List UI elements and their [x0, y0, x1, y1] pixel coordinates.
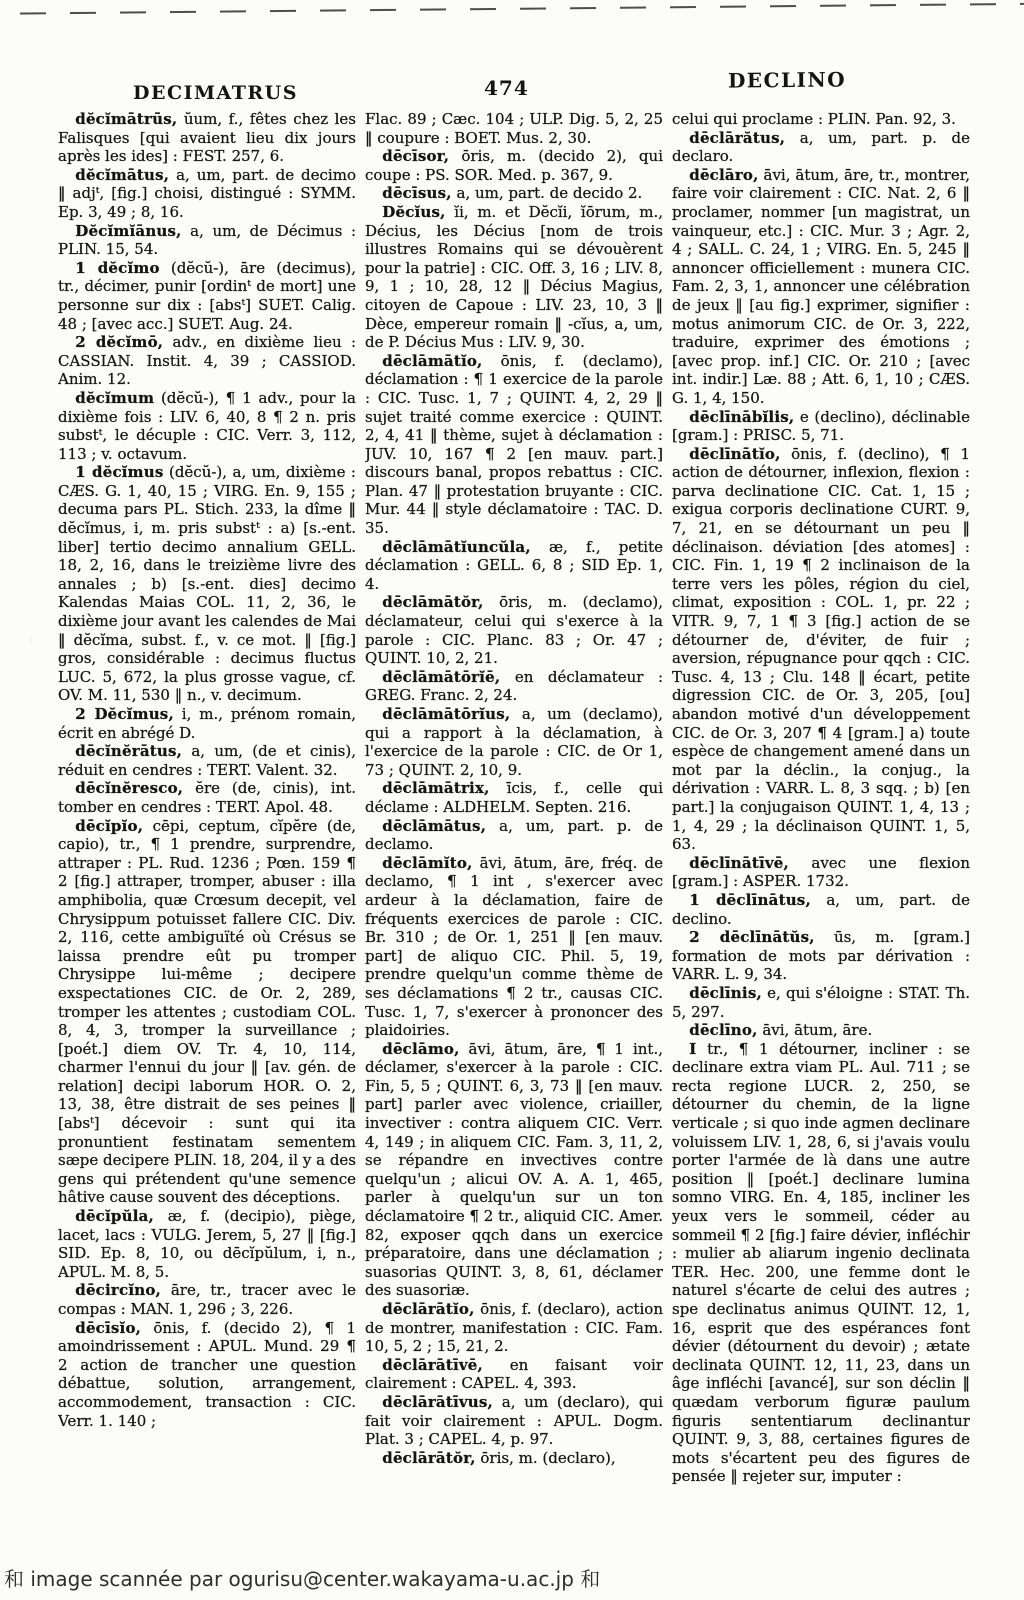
dictionary-entry: 2 dēclīnātŭs, ūs, m. [gram.] formation d… — [672, 928, 970, 984]
entry-continuation: Flac. 89 ; Cæc. 104 ; ULP. Dig. 5, 2, 25… — [365, 110, 663, 147]
dictionary-entry: dēclārātīvē, en faisant voir clairement … — [365, 1356, 663, 1393]
dictionary-entry: Dĕcĭmĭānus, a, um, de Décimus : PLIN. 15… — [58, 222, 356, 259]
dictionary-entry: 1 dĕcĭmo (dĕcŭ-), āre (decimus), tr., dé… — [58, 259, 356, 333]
header-right-keyword: DECLINO — [728, 67, 846, 92]
headword: dēcīsĭo, — [75, 1319, 141, 1337]
dictionary-entry: dēcīsus, a, um, part. de decido 2. — [365, 184, 663, 203]
dictionary-entry: dēclāmo, āvi, ātum, āre, ¶ 1 int., décla… — [365, 1040, 663, 1300]
column-3: celui qui proclame : PLIN. Pan. 92, 3.dē… — [672, 110, 970, 1546]
headword: dēcīsus, — [382, 184, 451, 202]
dictionary-entry: dēclāro, āvi, ātum, āre, tr., montrer, f… — [672, 166, 970, 408]
headword: dēclāmātrix, — [382, 779, 489, 797]
dictionary-entry: dēcĭnĕrātus, a, um, (de et cinis), rédui… — [58, 742, 356, 779]
dictionary-entry: dēclārātīvus, a, um (declaro), qui fait … — [365, 1393, 663, 1449]
dictionary-entry: dēcĭpŭla, æ, f. (decipio), piège, lacet,… — [58, 1207, 356, 1281]
headword: dēclāmātĭuncŭla, — [382, 538, 531, 556]
dictionary-entry: dēcĭnĕresco, ĕre (de, cinis), int. tombe… — [58, 779, 356, 816]
dictionary-entry: dēclāmĭto, āvi, ātum, āre, fréq. de decl… — [365, 854, 663, 1040]
headword: dēclārātŏr, — [382, 1449, 475, 1467]
dictionary-entry: 2 dĕcĭmō, adv., en dixième lieu : CASSIA… — [58, 333, 356, 389]
headword: dēclārātīvus, — [382, 1393, 493, 1411]
dictionary-entry: dēclāmātōrĭē, en déclamateur : GREG. Fra… — [365, 668, 663, 705]
headword: dĕcĭmātrūs, — [75, 110, 177, 128]
dictionary-entry: dēcīsĭo, ōnis, f. (decido 2), ¶ 1 amoind… — [58, 1319, 356, 1431]
headword: dēclārātĭo, — [382, 1300, 474, 1318]
headword: dēclāro, — [689, 166, 758, 184]
headword: dĕcĭmum — [75, 389, 154, 407]
headword: 1 dēclīnātus, — [689, 891, 811, 909]
dictionary-entry: dēcĭpĭo, cēpi, ceptum, cĭpĕre (de, capio… — [58, 817, 356, 1207]
dictionary-entry: dēclāmātus, a, um, part. p. de declamo. — [365, 817, 663, 854]
headword: dēclāmātĭo, — [382, 352, 482, 370]
headword: dēcĭnĕrātus, — [75, 742, 182, 760]
dictionary-entry: 1 dēclīnātus, a, um, part. de declino. — [672, 891, 970, 928]
headword: dēcĭpŭla, — [75, 1207, 154, 1225]
dictionary-entry: dēcircĭno, āre, tr., tracer avec le comp… — [58, 1281, 356, 1318]
headword: dēclārātīvē, — [382, 1356, 483, 1374]
headword: Dĕcĭus, — [382, 203, 445, 221]
page-number: 474 — [484, 76, 529, 100]
dictionary-entry: dēclārătus, a, um, part. p. de declaro. — [672, 129, 970, 166]
dictionary-entry: dēclāmātōrĭus, a, um (declamo), qui a ra… — [365, 705, 663, 779]
headword: dēcĭpĭo, — [75, 817, 143, 835]
headword: dēclīnātīvē, — [689, 854, 789, 872]
headword: 1 dĕcĭmus — [75, 463, 163, 481]
scan-artifact-line — [0, 2, 1024, 15]
watermark-text: 和 image scannée par ogurisu@center.wakay… — [4, 1567, 600, 1591]
headword: dēcīsor, — [382, 147, 449, 165]
dictionary-page: DECIMATRUS 474 DECLINO dĕcĭmātrūs, ŭum, … — [0, 0, 1024, 1600]
page-header: DECIMATRUS 474 DECLINO — [0, 60, 1024, 106]
headword: dĕcĭmātus, — [75, 166, 169, 184]
headword: dēclīnātĭo, — [689, 445, 780, 463]
headword: dēclāmātōrĭē, — [382, 668, 500, 686]
headword: dēclīnis, — [689, 984, 762, 1002]
dictionary-entry: dēclīno, āvi, ātum, āre. — [672, 1021, 970, 1040]
headword: dēclāmātōrĭus, — [382, 705, 510, 723]
dictionary-entry: dēclāmātĭo, ōnis, f. (declamo), déclamat… — [365, 352, 663, 538]
page-footer: 和 image scannée par ogurisu@center.wakay… — [4, 1563, 1024, 1592]
headword: I — [689, 1040, 696, 1058]
dictionary-entry: dēclīnātīvē, avec une flexion [gram.] : … — [672, 854, 970, 891]
dictionary-entry: 2 Dĕcĭmus, i, m., prénom romain, écrit e… — [58, 705, 356, 742]
headword: dēclāmātŏr, — [382, 593, 483, 611]
header-left-keyword: DECIMATRUS — [133, 82, 298, 104]
dictionary-entry: dēclīnis, e, qui s'éloigne : STAT. Th. 5… — [672, 984, 970, 1021]
dictionary-entry: Dĕcĭus, ĭi, m. et Dĕcĭi, ĭōrum, m., Déci… — [365, 203, 663, 352]
dictionary-entry: dĕcĭmātrūs, ŭum, f., fêtes chez les Fali… — [58, 110, 356, 166]
dictionary-entry: dēclāmātrix, īcis, f., celle qui déclame… — [365, 779, 663, 816]
dictionary-entry: dēclārātŏr, ōris, m. (declaro), — [365, 1449, 663, 1468]
headword: 2 Dĕcĭmus, — [75, 705, 174, 723]
dictionary-entry: dēclīnātĭo, ōnis, f. (declino), ¶ 1 acti… — [672, 445, 970, 854]
dictionary-entry: dēclāmātŏr, ōris, m. (declamo), déclamat… — [365, 593, 663, 667]
headword: dēclārătus, — [689, 129, 785, 147]
dictionary-entry: dēclārātĭo, ōnis, f. (declaro), action d… — [365, 1300, 663, 1356]
headword: Dĕcĭmĭānus, — [75, 222, 181, 240]
headword: 2 dĕcĭmō, — [75, 333, 163, 351]
headword: dēcircĭno, — [75, 1281, 161, 1299]
dictionary-entry: dēclāmātĭuncŭla, æ, f., petite déclamati… — [365, 538, 663, 594]
column-1: dĕcĭmātrūs, ŭum, f., fêtes chez les Fali… — [58, 110, 356, 1546]
headword: 1 dĕcĭmo — [75, 259, 159, 277]
headword: dēclāmo, — [382, 1040, 459, 1058]
dictionary-entry: dēclīnābĭlis, e (declino), déclinable [g… — [672, 408, 970, 445]
headword: dēcĭnĕresco, — [75, 779, 183, 797]
headword: dēclāmĭto, — [382, 854, 472, 872]
dictionary-entry: 1 dĕcĭmus (dĕcŭ-), a, um, dixième : CÆS.… — [58, 463, 356, 705]
dictionary-entry: dĕcĭmātus, a, um, part. de decimo ‖ adjᵗ… — [58, 166, 356, 222]
headword: 2 dēclīnātŭs, — [689, 928, 814, 946]
headword: dēclāmātus, — [382, 817, 486, 835]
dictionary-entry: dēcīsor, ōris, m. (decido 2), qui coupe … — [365, 147, 663, 184]
entry-continuation: celui qui proclame : PLIN. Pan. 92, 3. — [672, 110, 970, 129]
headword: dēclīno, — [689, 1021, 757, 1039]
column-2: Flac. 89 ; Cæc. 104 ; ULP. Dig. 5, 2, 25… — [365, 110, 663, 1546]
text-columns: dĕcĭmātrūs, ŭum, f., fêtes chez les Fali… — [58, 110, 970, 1546]
dictionary-entry: I tr., ¶ 1 détourner, incliner : se decl… — [672, 1040, 970, 1486]
headword: dēclīnābĭlis, — [689, 408, 794, 426]
dictionary-entry: dĕcĭmum (dĕcŭ-), ¶ 1 adv., pour la dixiè… — [58, 389, 356, 463]
